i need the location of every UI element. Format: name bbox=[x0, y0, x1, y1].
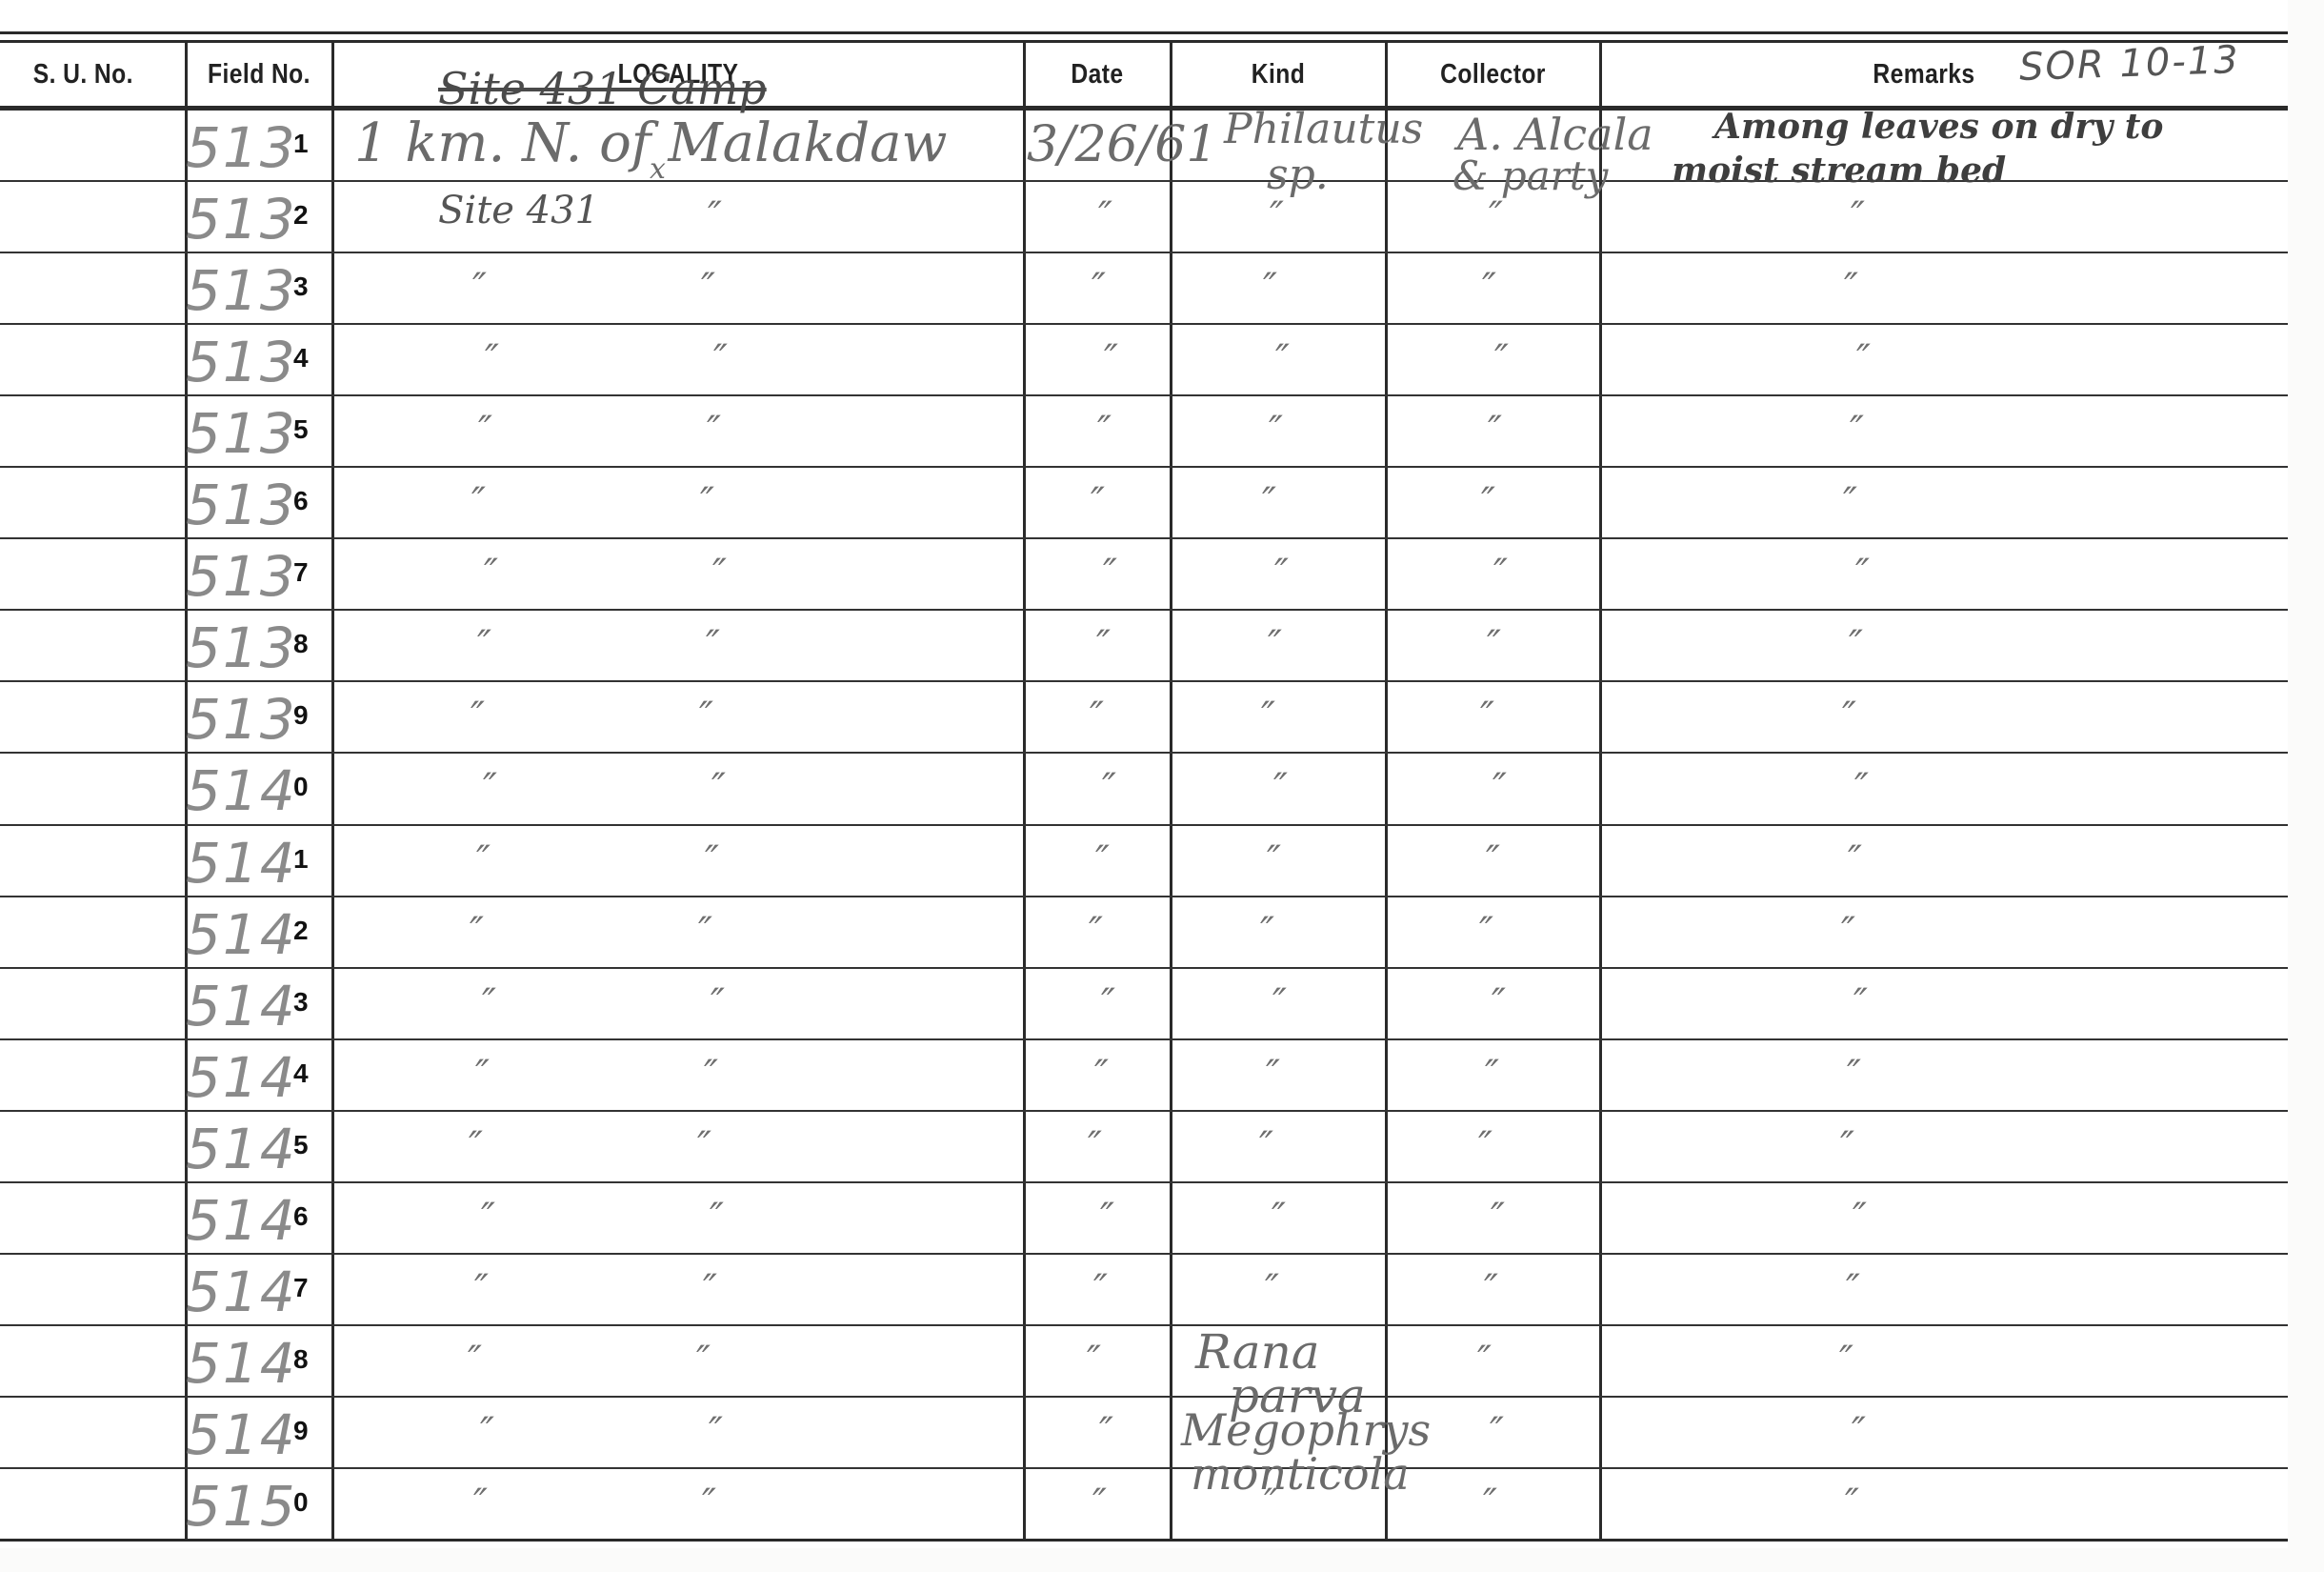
ditto-mark-remarks: ″ bbox=[1843, 480, 1857, 524]
ditto-mark-locality-b: ″ bbox=[698, 910, 712, 954]
locality-struck-note: Site 431 Camp bbox=[438, 63, 767, 114]
kind-first-line2: sp. bbox=[1267, 151, 1329, 199]
locality-insert-mark: x bbox=[650, 152, 666, 186]
ditto-mark-collector: ″ bbox=[1489, 194, 1503, 238]
field-no-printed-digit: 4 bbox=[293, 1058, 309, 1089]
header-kind: Kind bbox=[1187, 46, 1370, 103]
ditto-mark-kind: ″ bbox=[1266, 1053, 1280, 1097]
ditto-mark-kind: ″ bbox=[1275, 337, 1290, 381]
ditto-mark-collector: ″ bbox=[1488, 409, 1502, 453]
field-no-handwritten: 513 bbox=[186, 330, 297, 394]
ditto-mark-kind: ″ bbox=[1263, 266, 1277, 310]
ditto-mark-locality-a: ″ bbox=[469, 1124, 483, 1168]
ditto-mark-locality-b: ″ bbox=[706, 623, 720, 667]
ditto-mark-remarks: ″ bbox=[1856, 337, 1871, 381]
field-no-handwritten: 513 bbox=[186, 615, 297, 680]
ditto-mark-remarks: ″ bbox=[1853, 1196, 1867, 1239]
field-no-printed-digit: 3 bbox=[293, 272, 309, 302]
ditto-mark-date: ″ bbox=[1092, 266, 1106, 310]
ditto-mark-date: ″ bbox=[1096, 623, 1111, 667]
field-no-printed-digit: 5 bbox=[293, 414, 309, 445]
field-no-printed-digit: 5 bbox=[293, 1130, 309, 1160]
field-no-printed-digit: 1 bbox=[293, 844, 309, 875]
header-remarks: Remarks bbox=[1827, 46, 2021, 103]
ditto-mark-date: ″ bbox=[1102, 766, 1116, 810]
ditto-mark-collector: ″ bbox=[1493, 766, 1507, 810]
header-field-no: Field No. bbox=[197, 46, 322, 103]
table-row: 5141″″″″″″ bbox=[0, 825, 2288, 897]
field-no-printed-digit: 7 bbox=[293, 1273, 309, 1303]
ditto-mark-locality-b: ″ bbox=[711, 981, 725, 1025]
table-row: 5148″″″″″ bbox=[0, 1325, 2288, 1397]
top-rule bbox=[0, 31, 2288, 34]
ditto-mark-collector: ″ bbox=[1493, 552, 1508, 595]
field-no-handwritten: 514 bbox=[186, 1045, 297, 1110]
ditto-mark-locality-a: ″ bbox=[472, 266, 487, 310]
table-row: 5132″″″″″ bbox=[0, 181, 2288, 252]
ditto-mark-date: ″ bbox=[1098, 194, 1112, 238]
ditto-mark-locality-a: ″ bbox=[470, 910, 484, 954]
field-no-printed-digit: 7 bbox=[293, 557, 309, 588]
ditto-mark-locality-b: ″ bbox=[707, 409, 721, 453]
ditto-mark-kind: ″ bbox=[1262, 480, 1276, 524]
ditto-mark-remarks: ″ bbox=[1855, 552, 1870, 595]
ditto-mark-locality-a: ″ bbox=[471, 695, 485, 738]
ditto-mark-remarks: ″ bbox=[1845, 1481, 1859, 1525]
field-no-printed-digit: 9 bbox=[293, 1416, 309, 1446]
ditto-mark-date: ″ bbox=[1101, 981, 1115, 1025]
table-row: 5142″″″″″″ bbox=[0, 897, 2288, 968]
table-row: 5134″″″″″″ bbox=[0, 324, 2288, 395]
field-no-printed-digit: 8 bbox=[293, 1344, 309, 1375]
ditto-mark-locality-a: ″ bbox=[468, 1339, 482, 1382]
ditto-mark-kind: ″ bbox=[1261, 695, 1275, 738]
ditto-mark-locality-b: ″ bbox=[703, 1267, 717, 1311]
field-no-printed-digit: 4 bbox=[293, 343, 309, 373]
header-date: Date bbox=[1035, 46, 1160, 103]
ditto-mark-locality-b: ″ bbox=[696, 1339, 711, 1382]
ditto-mark-remarks: ″ bbox=[1851, 194, 1865, 238]
ditto-mark-locality-a: ″ bbox=[485, 337, 499, 381]
field-no-handwritten: 513 bbox=[186, 187, 297, 252]
ditto-mark-kind: ″ bbox=[1265, 1267, 1279, 1311]
field-no-printed-digit: 2 bbox=[293, 916, 309, 946]
ditto-mark-locality-a: ″ bbox=[475, 1053, 490, 1097]
ditto-mark-locality-b: ″ bbox=[704, 1053, 718, 1097]
ditto-mark-collector: ″ bbox=[1492, 981, 1506, 1025]
ditto-mark-date: ″ bbox=[1100, 1196, 1114, 1239]
table-row: 5147″″″″″″ bbox=[0, 1254, 2288, 1325]
table-row: 5137″″″″″″ bbox=[0, 538, 2288, 610]
field-no-handwritten: 514 bbox=[186, 974, 297, 1038]
field-no-handwritten: 513 bbox=[186, 687, 297, 752]
ditto-mark-date: ″ bbox=[1089, 910, 1103, 954]
ditto-mark-remarks: ″ bbox=[1839, 1339, 1853, 1382]
ditto-mark-locality-a: ″ bbox=[473, 1481, 488, 1525]
field-no-printed-digit: 9 bbox=[293, 700, 309, 731]
ditto-mark-locality-b: ″ bbox=[713, 337, 728, 381]
field-no-printed-digit: 3 bbox=[293, 987, 309, 1018]
ditto-mark-remarks: ″ bbox=[1852, 1410, 1866, 1454]
kind-first-line1: Philautus bbox=[1224, 105, 1423, 153]
ditto-mark-date: ″ bbox=[1088, 1124, 1102, 1168]
header-collector: Collector bbox=[1402, 46, 1584, 103]
kind-bottom-line4: monticola bbox=[1191, 1448, 1410, 1500]
table-row: 5149″″″″″ bbox=[0, 1397, 2288, 1468]
ditto-mark-collector: ″ bbox=[1491, 1196, 1505, 1239]
ditto-mark-remarks: ″ bbox=[1842, 695, 1856, 738]
ditto-mark-locality-a: ″ bbox=[484, 552, 498, 595]
field-no-handwritten: 514 bbox=[186, 831, 297, 896]
top-rule bbox=[0, 40, 2288, 43]
ditto-mark-locality-b: ″ bbox=[705, 838, 719, 882]
ditto-mark-collector: ″ bbox=[1481, 480, 1495, 524]
ditto-mark-remarks: ″ bbox=[1841, 910, 1855, 954]
ditto-mark-remarks: ″ bbox=[1847, 1053, 1861, 1097]
ditto-mark-date: ″ bbox=[1091, 480, 1105, 524]
table-row: 5146″″″″″″ bbox=[0, 1182, 2288, 1254]
date-first-entry: 3/26/61 bbox=[1027, 116, 1217, 173]
remarks-first-line1: Among leaves on dry to bbox=[1714, 107, 2163, 147]
ditto-mark-date: ″ bbox=[1095, 838, 1110, 882]
ditto-mark-collector: ″ bbox=[1482, 266, 1496, 310]
ditto-mark-locality-b: ″ bbox=[701, 266, 715, 310]
header-su-no: S. U. No. bbox=[33, 46, 171, 103]
ditto-mark-locality-b: ″ bbox=[710, 1196, 724, 1239]
field-no-handwritten: 513 bbox=[186, 473, 297, 537]
ditto-mark-kind: ″ bbox=[1272, 1196, 1286, 1239]
ditto-mark-remarks: ″ bbox=[1840, 1124, 1854, 1168]
ditto-mark-remarks: ″ bbox=[1853, 981, 1868, 1025]
ditto-mark-locality-b: ″ bbox=[711, 766, 726, 810]
ditto-mark-kind: ″ bbox=[1272, 981, 1287, 1025]
table-row: 5145″″″″″″ bbox=[0, 1111, 2288, 1182]
ditto-mark-collector: ″ bbox=[1486, 838, 1500, 882]
field-no-printed-digit: 0 bbox=[293, 1487, 309, 1518]
ditto-mark-locality-b: ″ bbox=[699, 695, 713, 738]
ditto-mark-locality-a: ″ bbox=[471, 480, 486, 524]
locality-second-entry: Site 431 bbox=[438, 189, 599, 232]
field-no-handwritten: 513 bbox=[186, 544, 297, 609]
field-no-printed-digit: 2 bbox=[293, 200, 309, 231]
ditto-mark-date: ″ bbox=[1104, 337, 1118, 381]
ditto-mark-collector: ″ bbox=[1484, 1267, 1498, 1311]
remarks-first-line2: moist stream bed bbox=[1672, 151, 2006, 191]
ditto-mark-locality-a: ″ bbox=[474, 1267, 489, 1311]
ditto-mark-locality-b: ″ bbox=[709, 1410, 723, 1454]
stamp-note: SOR 10-13 bbox=[2018, 38, 2240, 90]
ditto-mark-kind: ″ bbox=[1260, 910, 1274, 954]
field-no-handwritten: 515 bbox=[186, 1474, 297, 1539]
ditto-mark-locality-b: ″ bbox=[708, 194, 722, 238]
ditto-mark-collector: ″ bbox=[1494, 337, 1509, 381]
ditto-mark-locality-b: ″ bbox=[702, 1481, 716, 1525]
table-row: 5150″″″″″″ bbox=[0, 1468, 2288, 1540]
ditto-mark-date: ″ bbox=[1087, 1339, 1101, 1382]
field-no-handwritten: 514 bbox=[186, 758, 297, 823]
ditto-mark-kind: ″ bbox=[1270, 194, 1284, 238]
table-row: 5139″″″″″″ bbox=[0, 681, 2288, 753]
field-no-printed-digit: 8 bbox=[293, 629, 309, 659]
ditto-mark-date: ″ bbox=[1092, 1481, 1107, 1525]
ditto-mark-locality-b: ″ bbox=[700, 480, 714, 524]
field-no-handwritten: 513 bbox=[186, 401, 297, 466]
field-no-handwritten: 513 bbox=[186, 258, 297, 323]
field-no-handwritten: 514 bbox=[186, 1402, 297, 1467]
ditto-mark-kind: ″ bbox=[1274, 552, 1289, 595]
table-row: 5133″″″″″″ bbox=[0, 252, 2288, 324]
ditto-mark-remarks: ″ bbox=[1848, 838, 1862, 882]
ditto-mark-date: ″ bbox=[1099, 1410, 1113, 1454]
ditto-mark-collector: ″ bbox=[1485, 1053, 1499, 1097]
ditto-mark-collector: ″ bbox=[1487, 623, 1501, 667]
table-row: 5138″″″″″″ bbox=[0, 610, 2288, 681]
ditto-mark-locality-a: ″ bbox=[482, 981, 496, 1025]
field-no-handwritten: 514 bbox=[186, 902, 297, 967]
ditto-mark-date: ″ bbox=[1094, 1053, 1109, 1097]
field-no-printed-digit: 1 bbox=[293, 129, 309, 159]
table-row: 5135″″″″″″ bbox=[0, 395, 2288, 467]
ditto-mark-kind: ″ bbox=[1269, 409, 1283, 453]
ditto-mark-kind: ″ bbox=[1267, 838, 1281, 882]
ditto-mark-collector: ″ bbox=[1478, 1124, 1493, 1168]
field-no-printed-digit: 0 bbox=[293, 772, 309, 802]
ditto-mark-remarks: ″ bbox=[1846, 1267, 1860, 1311]
table-row: 5143″″″″″″ bbox=[0, 968, 2288, 1039]
field-no-handwritten: 513 bbox=[186, 115, 297, 180]
ditto-mark-date: ″ bbox=[1090, 695, 1104, 738]
ditto-mark-collector: ″ bbox=[1480, 695, 1494, 738]
ditto-mark-kind: ″ bbox=[1268, 623, 1282, 667]
ditto-mark-remarks: ″ bbox=[1854, 766, 1869, 810]
ditto-mark-locality-a: ″ bbox=[483, 766, 497, 810]
ditto-mark-locality-a: ″ bbox=[480, 1410, 494, 1454]
ditto-mark-locality-b: ″ bbox=[697, 1124, 711, 1168]
collector-first-line2: & party bbox=[1452, 152, 1608, 199]
ditto-mark-locality-a: ″ bbox=[478, 409, 492, 453]
ditto-mark-collector: ″ bbox=[1479, 910, 1493, 954]
bottom-rule bbox=[0, 1539, 2288, 1542]
ditto-mark-collector: ″ bbox=[1490, 1410, 1504, 1454]
ditto-mark-collector: ″ bbox=[1477, 1339, 1492, 1382]
field-no-handwritten: 514 bbox=[186, 1188, 297, 1253]
ditto-mark-locality-b: ″ bbox=[712, 552, 727, 595]
table-row: 5144″″″″″″ bbox=[0, 1039, 2288, 1111]
table-row: 5140″″″″″″ bbox=[0, 753, 2288, 824]
specimen-catalog-card: S. U. No. Field No. LOCALITY Date Kind C… bbox=[0, 0, 2288, 1548]
field-no-handwritten: 514 bbox=[186, 1260, 297, 1324]
ditto-mark-locality-a: ″ bbox=[477, 623, 491, 667]
ditto-mark-date: ″ bbox=[1093, 1267, 1108, 1311]
ditto-mark-locality-a: ″ bbox=[476, 838, 491, 882]
ditto-mark-date: ″ bbox=[1103, 552, 1117, 595]
ditto-mark-locality-a: ″ bbox=[481, 1196, 495, 1239]
ditto-mark-remarks: ″ bbox=[1850, 409, 1864, 453]
field-no-handwritten: 514 bbox=[186, 1117, 297, 1181]
table-row: 5136″″″″″″ bbox=[0, 467, 2288, 538]
ditto-mark-kind: ″ bbox=[1259, 1124, 1273, 1168]
field-no-printed-digit: 6 bbox=[293, 1201, 309, 1232]
field-no-printed-digit: 6 bbox=[293, 486, 309, 516]
ditto-mark-remarks: ″ bbox=[1849, 623, 1863, 667]
ditto-mark-remarks: ″ bbox=[1844, 266, 1858, 310]
ditto-mark-date: ″ bbox=[1097, 409, 1112, 453]
field-no-handwritten: 514 bbox=[186, 1331, 297, 1396]
ditto-mark-collector: ″ bbox=[1483, 1481, 1497, 1525]
ditto-mark-kind: ″ bbox=[1273, 766, 1288, 810]
